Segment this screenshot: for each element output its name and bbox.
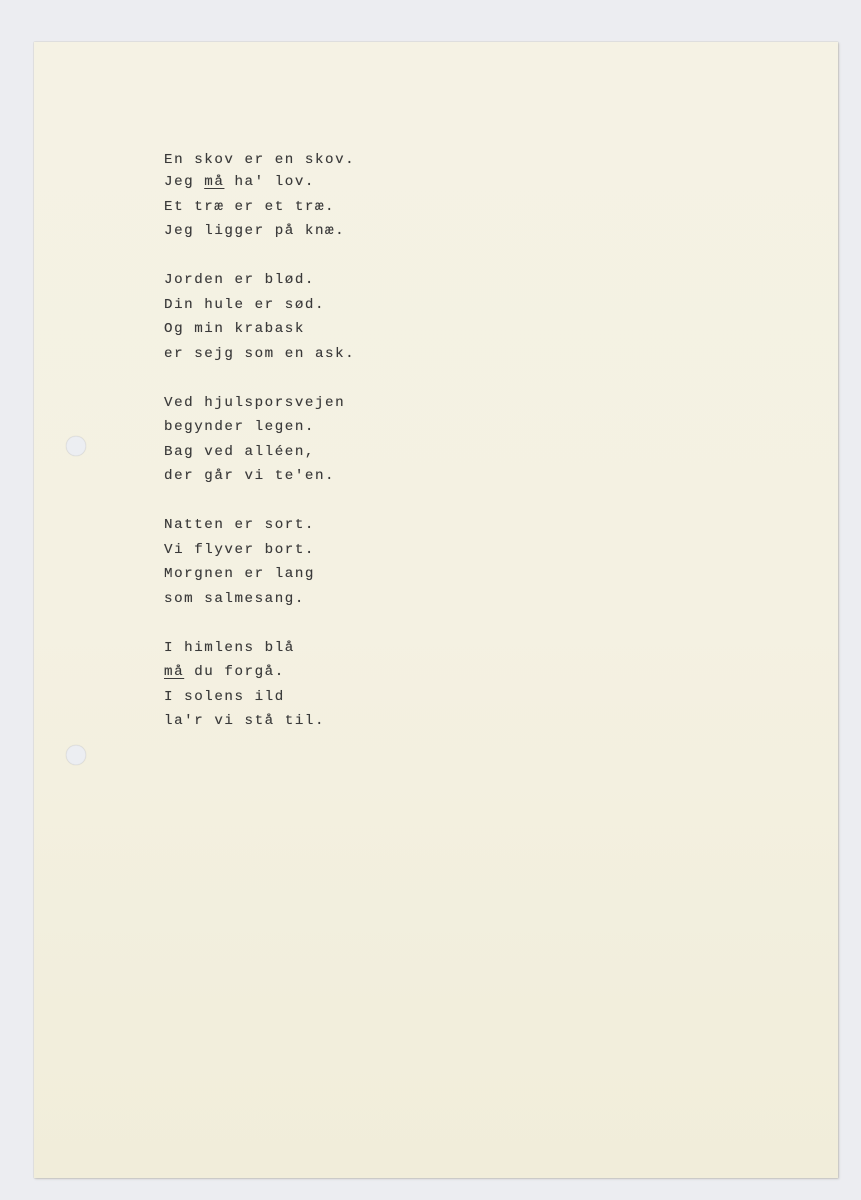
poem-line: Et træ er et træ.	[164, 195, 355, 220]
stanza-5: I himlens blå må du forgå. I solens ild …	[164, 636, 355, 734]
poem-line: Vi flyver bort.	[164, 538, 355, 563]
line-segment: du forgå.	[184, 664, 285, 680]
poem-line-corrected: Ved hjulsporsvejen	[164, 391, 355, 416]
poem-line: la'r vi stå til.	[164, 709, 355, 734]
poem-text: En skov er en skov. Jeg må ha' lov. Et t…	[164, 150, 355, 758]
poem-line: Jeg ligger på knæ.	[164, 219, 355, 244]
poem-line: som salmesang.	[164, 587, 355, 612]
poem-line: Din hule er sød.	[164, 293, 355, 318]
poem-line: I himlens blå	[164, 636, 355, 661]
poem-line: Jorden er blød.	[164, 268, 355, 293]
poem-line: Natten er sort.	[164, 513, 355, 538]
line-segment: ha' lov.	[224, 174, 315, 190]
poem-line: må du forgå.	[164, 660, 355, 685]
stanza-2: Jorden er blød. Din hule er sød. Og min …	[164, 268, 355, 366]
poem-line: I solens ild	[164, 685, 355, 710]
poem-line: Og min krabask	[164, 317, 355, 342]
underlined-word: må	[164, 664, 184, 680]
punch-hole-lower	[66, 745, 86, 765]
stanza-3: Ved hjulsporsvejen begynder legen. Bag v…	[164, 391, 355, 489]
punch-hole-upper	[66, 436, 86, 456]
poem-line: der går vi te'en.	[164, 464, 355, 489]
poem-line: Morgnen er lang	[164, 562, 355, 587]
underlined-word: må	[204, 174, 224, 190]
poem-line: En skov er en skov.	[164, 150, 355, 170]
line-segment: Jeg	[164, 174, 204, 190]
poem-line: er sejg som en ask.	[164, 342, 355, 367]
manuscript-page: En skov er en skov. Jeg må ha' lov. Et t…	[34, 42, 838, 1178]
poem-line: begynder legen.	[164, 415, 355, 440]
poem-line-corrected: Bag ved alléen,	[164, 440, 355, 465]
poem-line: Jeg må ha' lov.	[164, 170, 355, 195]
stanza-1: En skov er en skov. Jeg må ha' lov. Et t…	[164, 150, 355, 244]
stanza-4: Natten er sort. Vi flyver bort. Morgnen …	[164, 513, 355, 611]
